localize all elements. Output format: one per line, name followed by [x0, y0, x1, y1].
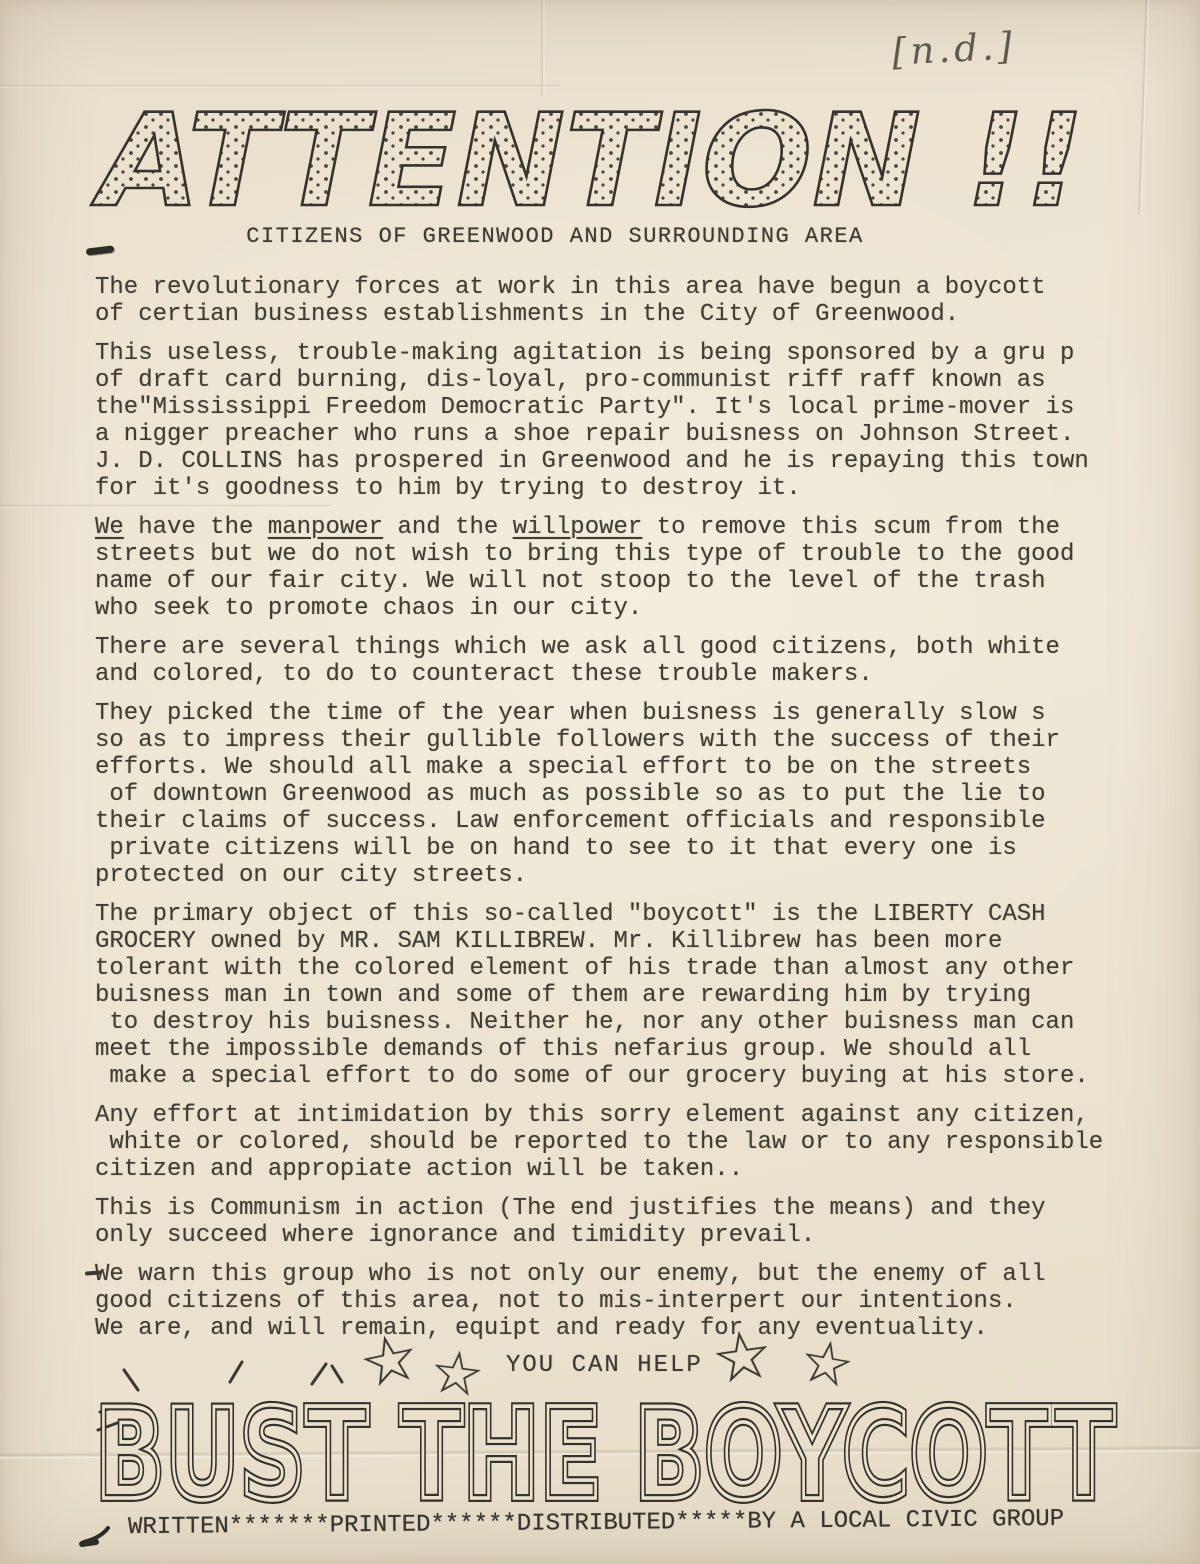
paragraph: This is Communism in action (The end jus…: [95, 1195, 1135, 1249]
paper-crease-vertical-top: [541, 0, 545, 96]
paper-crease-vertical-right: [1137, 0, 1150, 215]
flyer-page: [n.d.] ATTENTION !! ATTENTION !! CITIZEN…: [0, 0, 1200, 1564]
paragraph: They picked the time of the year when bu…: [95, 700, 1135, 889]
paragraph: We have the manpower and the willpower t…: [95, 514, 1135, 622]
pen-mark-dash-top: [86, 245, 115, 255]
paragraph: There are several things which we ask al…: [95, 634, 1135, 688]
handwritten-date-annotation: [n.d.]: [891, 21, 1073, 73]
you-can-help-label: YOU CAN HELP: [506, 1352, 703, 1379]
body-paragraphs: The revolutionary forces at work in this…: [95, 274, 1135, 1354]
paragraph: This useless, trouble-making agitation i…: [95, 340, 1135, 502]
pen-mark-swoosh: [78, 1500, 133, 1555]
attention-headline: ATTENTION !! ATTENTION !!: [82, 84, 1102, 239]
paragraph: We warn this group who is not only our e…: [95, 1261, 1135, 1342]
paragraph: Any effort at intimidation by this sorry…: [95, 1102, 1135, 1183]
paragraph: The revolutionary forces at work in this…: [95, 274, 1135, 328]
subtitle-citizens-line: CITIZENS OF GREENWOOD AND SURROUNDING AR…: [95, 224, 1015, 249]
attention-headline-outline: ATTENTION !!: [90, 87, 1084, 236]
paragraph: The primary object of this so-called "bo…: [95, 901, 1135, 1090]
